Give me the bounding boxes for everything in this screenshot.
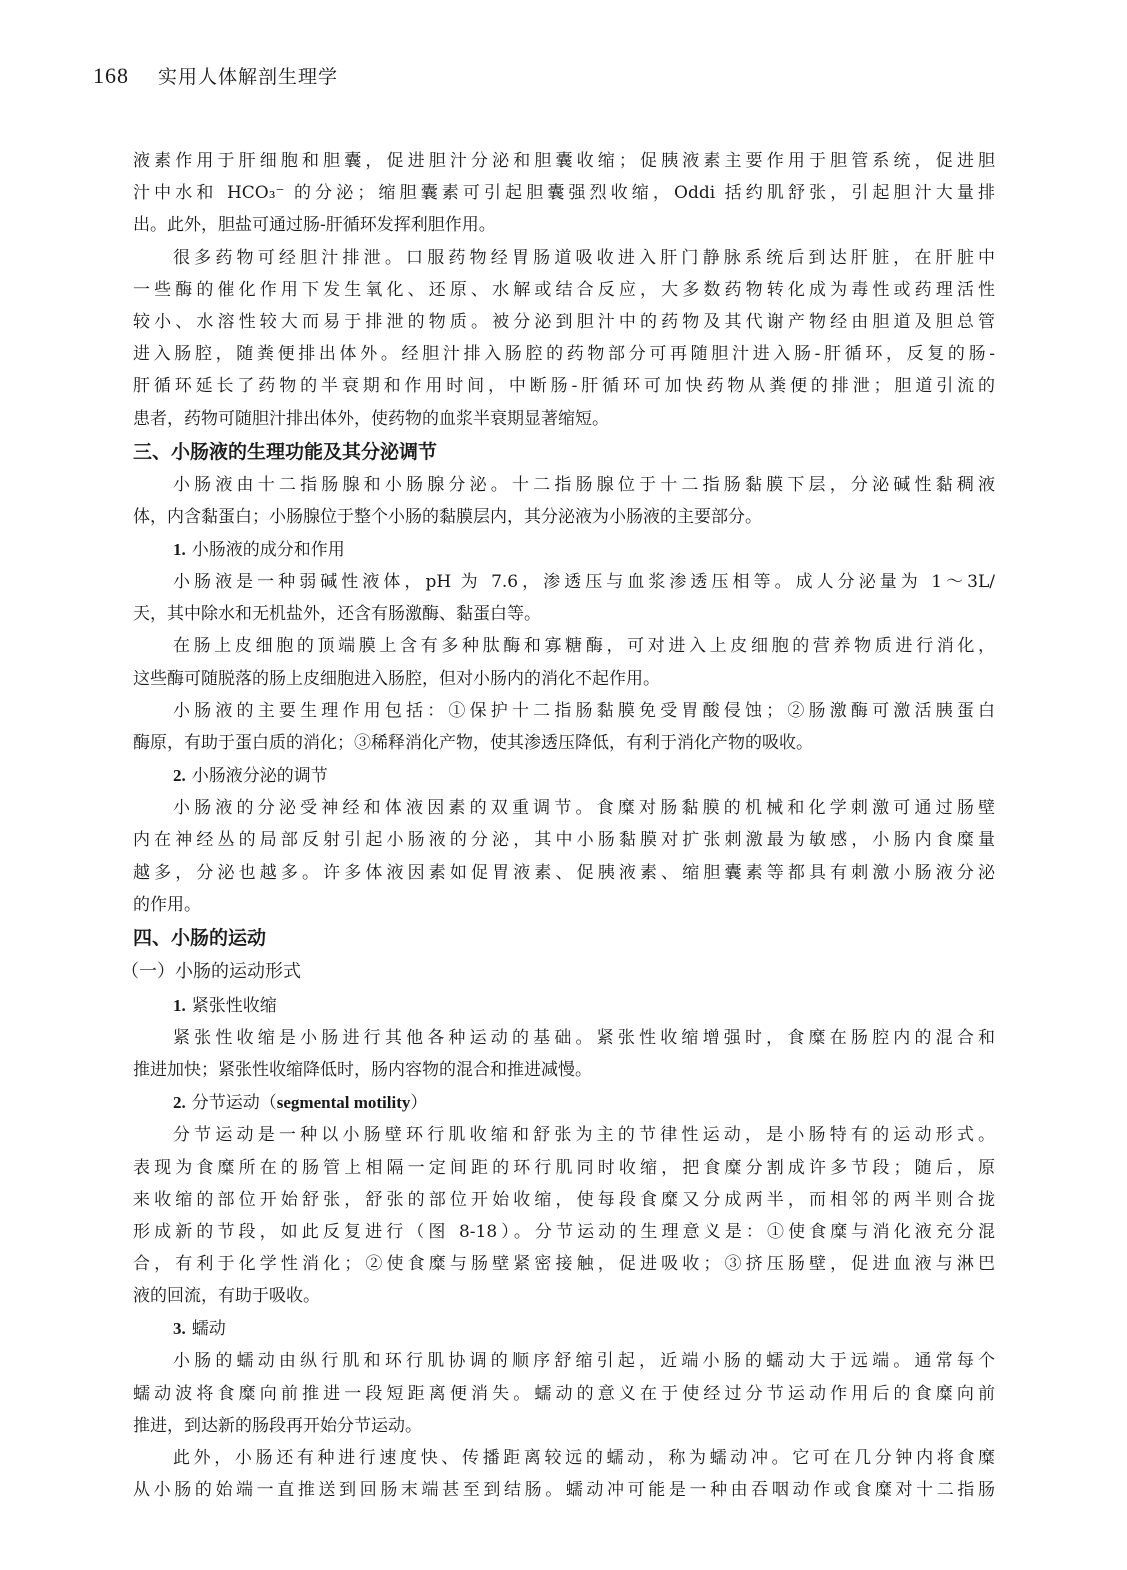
paragraph: 小肠液的分泌受神经和体液因素的双重调节。食糜对肠黏膜的机械和化学刺激可通过肠壁内… [133, 792, 995, 921]
heading-text: 蠕动 [192, 1319, 226, 1339]
text-line: 从小肠的始端一直推送到回肠末端甚至到结肠。蠕动冲可能是一种由吞咽动作或食糜对十二… [133, 1474, 995, 1506]
numbered-heading: 2.分节运动（segmental motility） [133, 1086, 995, 1119]
heading-text: 小肠液的成分和作用 [192, 540, 345, 560]
text-line: 小肠液是一种弱碱性液体，pH 为 7.6，渗透压与血浆渗透压相等。成人分泌量为 … [133, 566, 995, 598]
numbered-heading: 1.紧张性收缩 [133, 989, 995, 1022]
paragraph: 紧张性收缩是小肠进行其他各种运动的基础。紧张性收缩增强时，食糜在肠腔内的混合和推… [133, 1022, 995, 1086]
text-line: 形成新的节段，如此反复进行（图 8-18）。分节运动的生理意义是：①使食糜与消化… [133, 1216, 995, 1248]
heading-number: 1. [173, 996, 186, 1015]
text-line: 液的回流，有助于吸收。 [133, 1280, 995, 1312]
paragraph: 小肠的蠕动由纵行肌和环行肌协调的顺序舒缩引起，近端小肠的蠕动大于远端。通常每个蠕… [133, 1345, 995, 1442]
text-line: 内在神经丛的局部反射引起小肠液的分泌，其中小肠黏膜对扩张刺激最为敏感，小肠内食糜… [133, 824, 995, 856]
text-line: 汁中水和 HCO₃⁻ 的分泌；缩胆囊素可引起胆囊强烈收缩，Oddi 括约肌舒张，… [133, 177, 995, 209]
heading-number: 2. [173, 1093, 186, 1112]
text-line: 越多，分泌也越多。许多体液因素如促胃液素、促胰液素、缩胆囊素等都具有刺激小肠液分… [133, 857, 995, 889]
paragraph: 此外，小肠还有种进行速度快、传播距离较远的蠕动，称为蠕动冲。它可在几分钟内将食糜… [133, 1442, 995, 1506]
text-line: 推进加快；紧张性收缩降低时，肠内容物的混合和推进减慢。 [133, 1054, 995, 1086]
text-line: 小肠液由十二指肠腺和小肠腺分泌。十二指肠腺位于十二指肠黏膜下层，分泌碱性黏稠液 [133, 469, 995, 501]
heading-english-term: segmental motility [277, 1093, 411, 1112]
text-line: 这些酶可随脱落的肠上皮细胞进入肠腔，但对小肠内的消化不起作用。 [133, 663, 995, 695]
page-body: 液素作用于肝细胞和胆囊，促进胆汁分泌和胆囊收缩；促胰液素主要作用于胆管系统，促进… [133, 145, 995, 1506]
section-heading: 三、小肠液的生理功能及其分泌调节 [133, 435, 995, 469]
heading-tail: ） [410, 1093, 427, 1113]
heading-number: 2. [173, 766, 186, 785]
book-title: 实用人体解剖生理学 [158, 66, 338, 88]
heading-text: 紧张性收缩 [192, 996, 277, 1016]
numbered-heading: 1.小肠液的成分和作用 [133, 533, 995, 566]
heading-text: 小肠液分泌的调节 [192, 766, 328, 786]
text-line: 的作用。 [133, 889, 995, 921]
text-line: 分节运动是一种以小肠壁环行肌收缩和舒张为主的节律性运动，是小肠特有的运动形式。 [133, 1119, 995, 1151]
text-line: 体，内含黏蛋白；小肠腺位于整个小肠的黏膜层内，其分泌液为小肠液的主要部分。 [133, 501, 995, 533]
paragraph: 在肠上皮细胞的顶端膜上含有多种肽酶和寡糖酶，可对进入上皮细胞的营养物质进行消化，… [133, 630, 995, 694]
text-line: 在肠上皮细胞的顶端膜上含有多种肽酶和寡糖酶，可对进入上皮细胞的营养物质进行消化， [133, 630, 995, 662]
text-line: 很多药物可经胆汁排泄。口服药物经胃肠道吸收进入肝门静脉系统后到达肝脏，在肝脏中 [133, 242, 995, 274]
text-line: 蠕动波将食糜向前推进一段短距离便消失。蠕动的意义在于使经过分节运动作用后的食糜向… [133, 1378, 995, 1410]
text-line: 一些酶的催化作用下发生氧化、还原、水解或结合反应，大多数药物转化成为毒性或药理活… [133, 274, 995, 306]
text-line: 液素作用于肝细胞和胆囊，促进胆汁分泌和胆囊收缩；促胰液素主要作用于胆管系统，促进… [133, 145, 995, 177]
section-heading: 四、小肠的运动 [133, 921, 995, 955]
text-line: 酶原，有助于蛋白质的消化；③稀释消化产物，使其渗透压降低，有利于消化产物的吸收。 [133, 727, 995, 759]
text-line: 来收缩的部位开始舒张，舒张的部位开始收缩，使每段食糜又分成两半，而相邻的两半则合… [133, 1184, 995, 1216]
text-line: 小肠液的分泌受神经和体液因素的双重调节。食糜对肠黏膜的机械和化学刺激可通过肠壁 [133, 792, 995, 824]
text-line: 较小、水溶性较大而易于排泄的物质。被分泌到胆汁中的药物及其代谢产物经由胆道及胆总… [133, 306, 995, 338]
heading-number: 3. [173, 1319, 186, 1338]
text-line: 小肠液的主要生理作用包括：①保护十二指肠黏膜免受胃酸侵蚀；②肠激酶可激活胰蛋白 [133, 695, 995, 727]
text-line: 推进，到达新的肠段再开始分节运动。 [133, 1410, 995, 1442]
paragraph: 小肠液由十二指肠腺和小肠腺分泌。十二指肠腺位于十二指肠黏膜下层，分泌碱性黏稠液体… [133, 469, 995, 533]
paragraph: 分节运动是一种以小肠壁环行肌收缩和舒张为主的节律性运动，是小肠特有的运动形式。表… [133, 1119, 995, 1312]
text-line: 紧张性收缩是小肠进行其他各种运动的基础。紧张性收缩增强时，食糜在肠腔内的混合和 [133, 1022, 995, 1054]
numbered-heading: 3.蠕动 [133, 1312, 995, 1345]
text-line: 患者，药物可随胆汁排出体外，使药物的血浆半衰期显著缩短。 [133, 403, 995, 435]
heading-number: 1. [173, 540, 186, 559]
text-line: 此外，小肠还有种进行速度快、传播距离较远的蠕动，称为蠕动冲。它可在几分钟内将食糜 [133, 1442, 995, 1474]
paragraph: 小肠液的主要生理作用包括：①保护十二指肠黏膜免受胃酸侵蚀；②肠激酶可激活胰蛋白酶… [133, 695, 995, 759]
subsection-heading: （一）小肠的运动形式 [121, 955, 995, 989]
text-line: 出。此外，胆盐可通过肠-肝循环发挥利胆作用。 [133, 209, 995, 241]
numbered-heading: 2.小肠液分泌的调节 [133, 759, 995, 792]
text-line: 进入肠腔，随粪便排出体外。经胆汁排入肠腔的药物部分可再随胆汁进入肠-肝循环，反复… [133, 338, 995, 370]
text-line: 肝循环延长了药物的半衰期和作用时间，中断肠-肝循环可加快药物从粪便的排泄；胆道引… [133, 370, 995, 402]
paragraph: 小肠液是一种弱碱性液体，pH 为 7.6，渗透压与血浆渗透压相等。成人分泌量为 … [133, 566, 995, 630]
heading-text: 分节运动（ [192, 1093, 277, 1113]
paragraph: 很多药物可经胆汁排泄。口服药物经胃肠道吸收进入肝门静脉系统后到达肝脏，在肝脏中一… [133, 242, 995, 435]
page-number: 168 [93, 63, 129, 88]
paragraph: 液素作用于肝细胞和胆囊，促进胆汁分泌和胆囊收缩；促胰液素主要作用于胆管系统，促进… [133, 145, 995, 242]
text-line: 表现为食糜所在的肠管上相隔一定间距的环行肌同时收缩，把食糜分割成许多节段；随后，… [133, 1152, 995, 1184]
text-line: 天，其中除水和无机盐外，还含有肠激酶、黏蛋白等。 [133, 598, 995, 630]
running-header: 168 实用人体解剖生理学 [93, 62, 338, 89]
text-line: 小肠的蠕动由纵行肌和环行肌协调的顺序舒缩引起，近端小肠的蠕动大于远端。通常每个 [133, 1345, 995, 1377]
text-line: 合，有利于化学性消化；②使食糜与肠壁紧密接触，促进吸收；③挤压肠壁，促进血液与淋… [133, 1248, 995, 1280]
